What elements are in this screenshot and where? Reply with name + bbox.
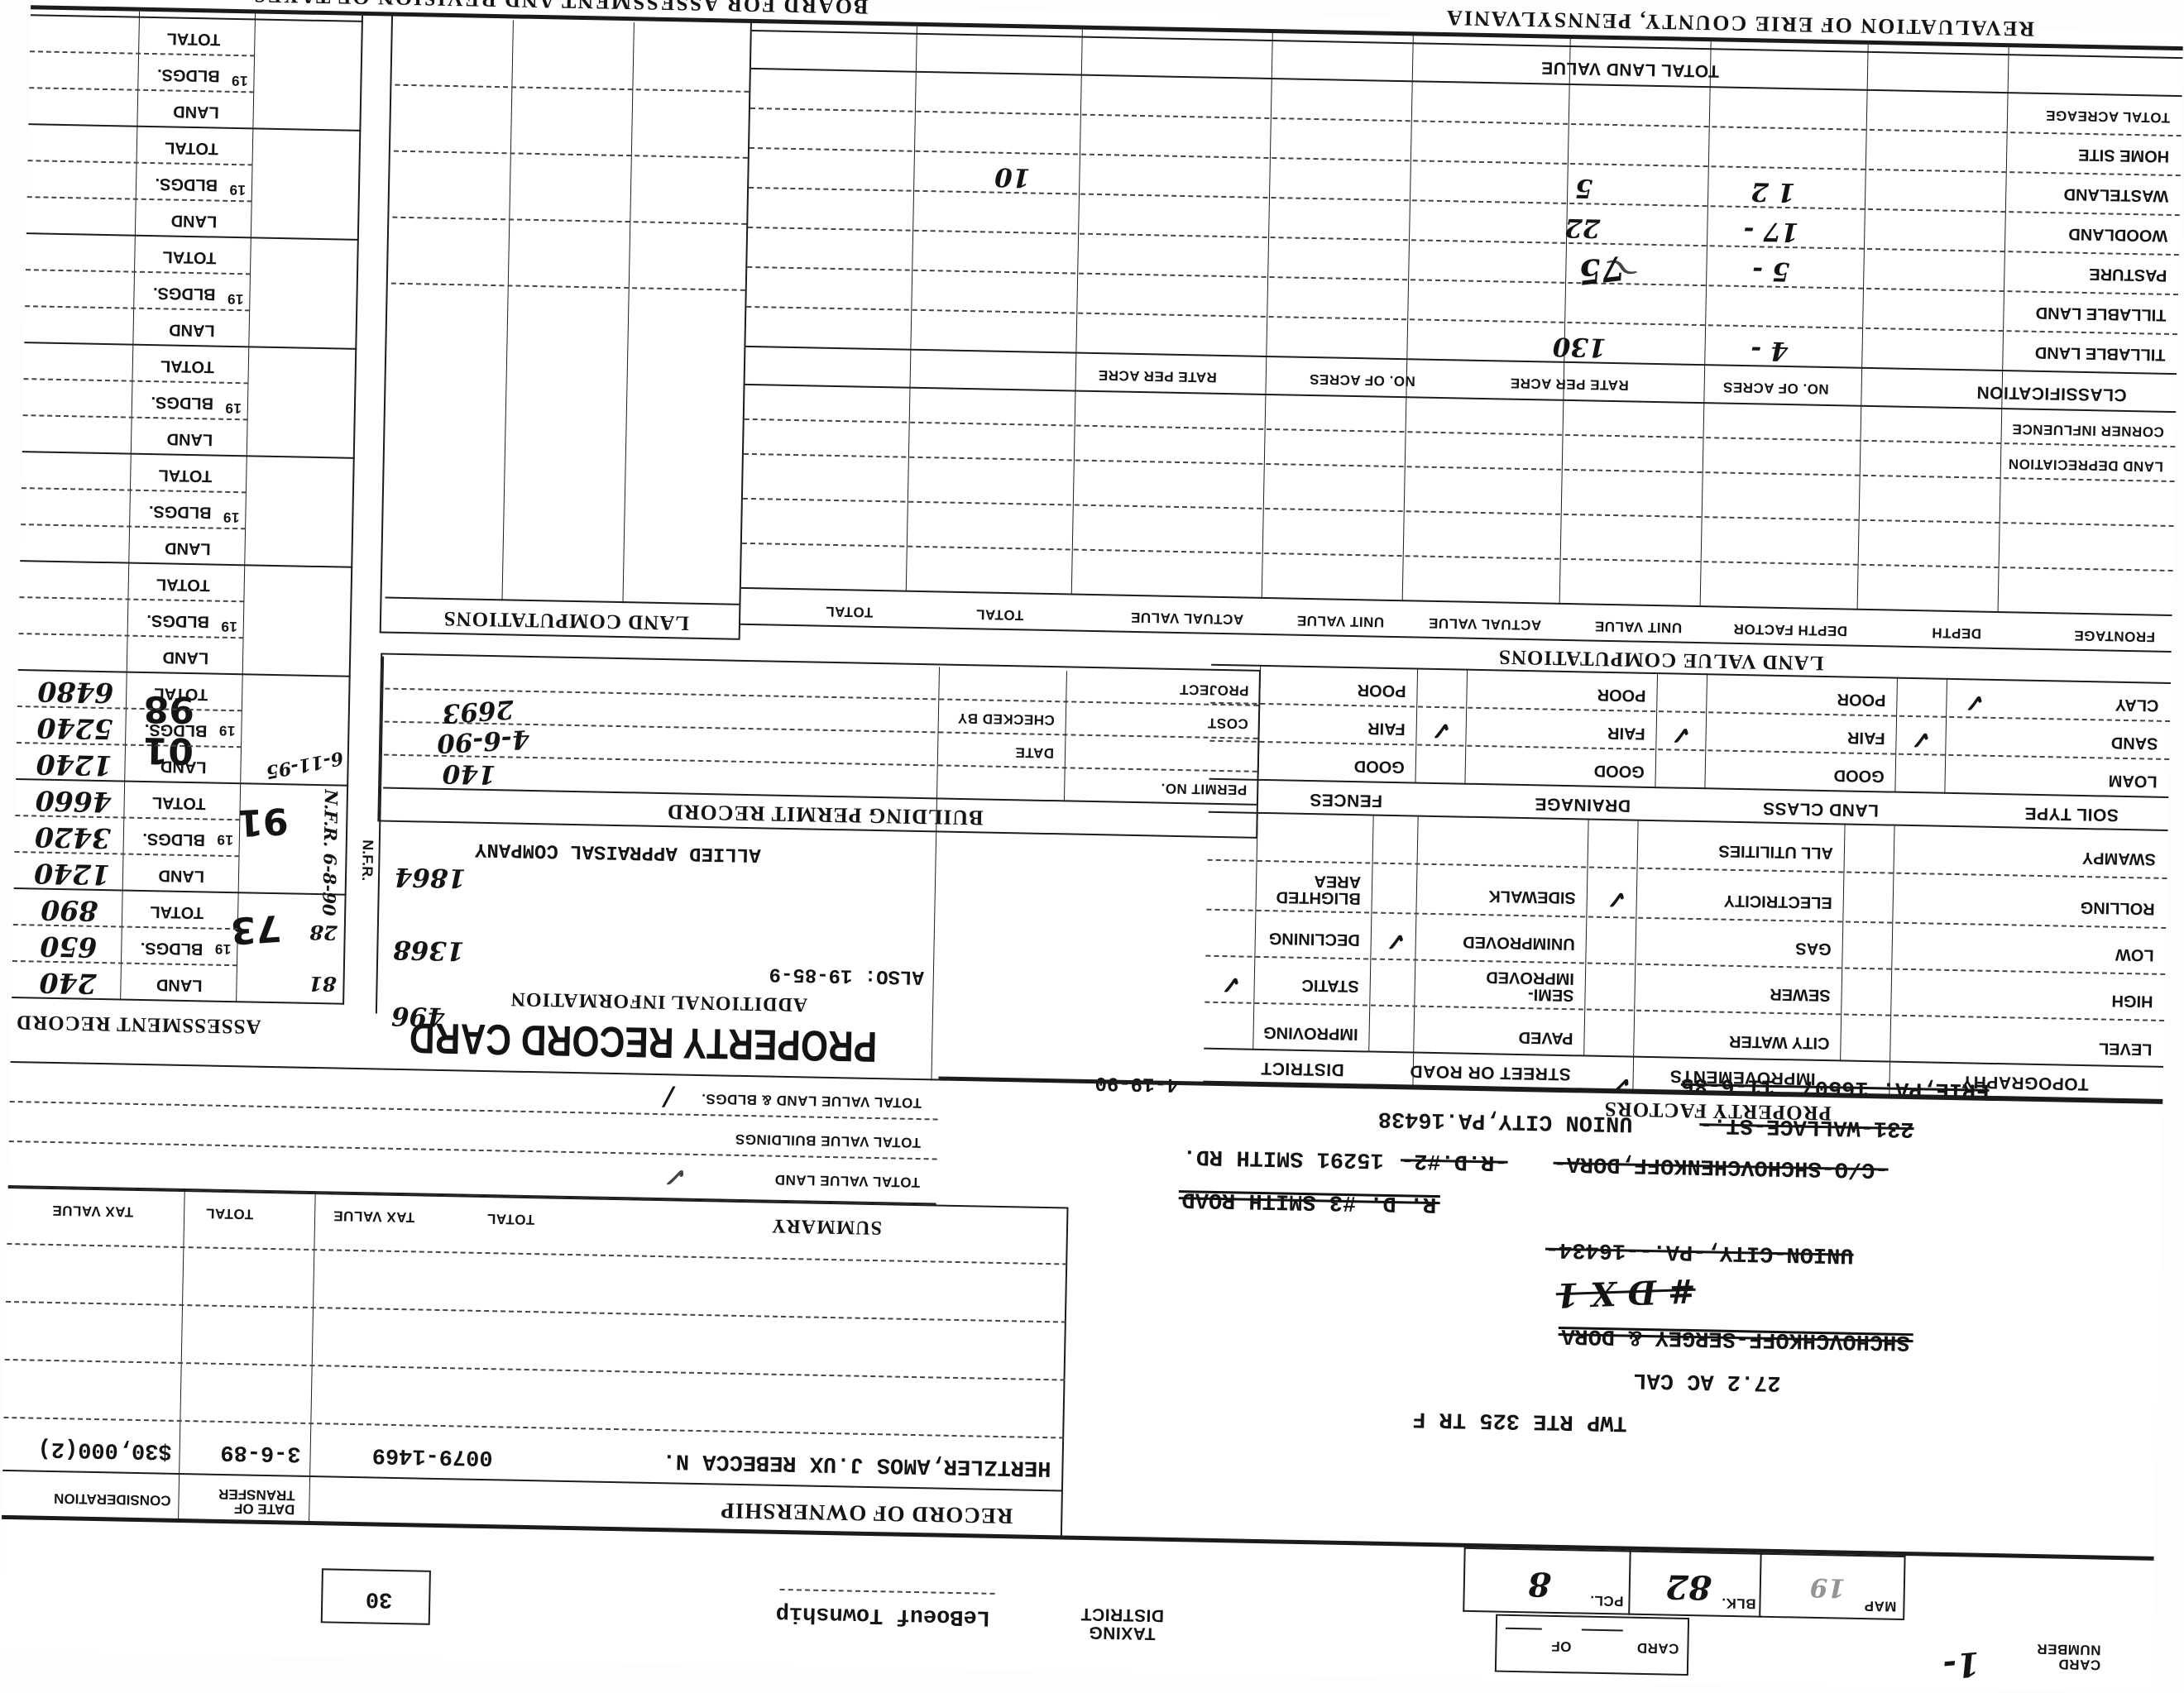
factors-header-topography: TOPOGRAPHY [1961,1072,2088,1093]
card-count-value: 30 [366,1585,393,1611]
g3-total-value: 6480 [37,676,114,710]
consideration-header: CONSIDERATION [54,1491,171,1508]
wasteland-acres: 1 2 [1751,176,1796,207]
gb4-bldgs-label: BLDGS. [153,285,216,302]
g1-land-label: LAND [156,976,203,993]
imp-sewer: SEWER [1770,986,1831,1003]
card-number-label: CARD NUMBER [2036,1641,2100,1671]
g3-year-prefix: 19 [218,723,235,738]
gb1-land-label: LAND [162,648,208,666]
gb2-land-label: LAND [165,539,211,557]
map-label: MAP [1864,1598,1897,1614]
lvc-actual-value-1: ACTUAL VALUE [1428,615,1541,632]
lvc-total-2: TOTAL [826,604,874,619]
gb2-total-label: TOTAL [158,466,212,484]
landclass-good: GOOD [1833,767,1884,784]
nfr-vertical-label: N.F.R. [359,839,376,939]
card-number-value: 1- [1942,1644,1981,1686]
drainage-fair-check: ✓ [1670,720,1692,748]
g2-nfr-note: N.F.R. 6-8-90 [319,789,342,888]
landclass-poor: POOR [1837,691,1885,708]
smith-rd-line: 15291 SMITH RD. [1182,1143,1384,1172]
factors-header-street: STREET OR ROAD [1410,1061,1571,1083]
drainage-fair: FAIR [1607,725,1645,742]
property-record-card-scan: CARD NUMBER 1- CARD OF MAP 19 BLK. 82 PC… [0,0,2183,1687]
summary-title: SUMMARY [771,1214,883,1239]
blk-value: 82 [1665,1566,1712,1606]
gb5-bldgs-label: BLDGS. [155,175,218,193]
soil-type-header: SOIL TYPE [2024,804,2119,824]
g2-bldgs-label: BLDGS. [142,830,205,848]
lvc-depth: DEPTH [1932,625,1981,641]
gb3-land-label: LAND [166,430,213,447]
woodland-acres: 17 - [1743,216,1798,246]
checked-by-label: CHECKED BY [957,710,1055,727]
topo-high: HIGH [2111,992,2153,1010]
g1-year-prefix: 19 [214,941,231,956]
transfer-date: 3-6-89 [220,1439,301,1466]
g2-total-value: 4660 [35,784,112,818]
woodland-rate: 22 [1564,213,1601,243]
street-unimproved: UNIMPROVED [1463,934,1575,953]
land-computations-title: LAND COMPUTATIONS [443,606,689,634]
card-count-box: 30 [321,1568,431,1625]
street-semi-improved: SEMI- IMPROVED [1486,968,1574,1003]
project-label: PROJECT [1180,682,1249,697]
summary-col-total-2: TOTAL [205,1206,253,1222]
tillable1-acres: 4 - [1751,335,1789,366]
permit-date-value: 4-6-90 [436,724,530,758]
rate-header-1: RATE PER ACRE [1510,375,1629,393]
soil-loam: LOAM [2109,772,2158,790]
district-static: STATIC [1301,977,1359,994]
row-total-acreage: TOTAL ACREAGE [2046,108,2171,125]
land-computations-box: LAND COMPUTATIONS [380,13,752,640]
district-blighted-area: BLIGHTED AREA [1276,872,1361,906]
g3-total-label: TOTAL [154,685,208,702]
gb6-total-label: TOTAL [166,30,220,47]
gb6-land-label: LAND [173,103,219,121]
pcl-value: 8 [1528,1564,1552,1604]
map-value: 19 [1809,1572,1846,1603]
route-line: TWP RTE 325 TR F [1412,1406,1627,1435]
acres-header-1: NO. OF ACRES [1722,380,1828,396]
drainage-poor: POOR [1597,686,1645,704]
district-declining: DECLINING [1269,930,1360,948]
g2-year-prefix: 19 [217,832,233,847]
g2-total-label: TOTAL [152,794,206,811]
gb3-bldgs-label: BLDGS. [151,394,213,411]
permit-cost-value: 2693 [441,694,515,729]
building-permit-record-title: BUILDING PERMIT RECORD [667,799,984,830]
summary-col-total-1: TOTAL [486,1211,534,1227]
g3-bldgs-value: 5240 [36,712,113,746]
g1-note-a: 81 [309,972,337,997]
land-depreciation-label: LAND DEPRECIATION [2008,456,2163,473]
rate-header-2: RATE PER ACRE [1098,367,1217,385]
row-woodland: WOODLAND [2068,226,2167,244]
building-permit-record-box: BUILDING PERMIT RECORD PERMIT NO. 140 DA… [377,653,1261,838]
district-static-check: ✓ [1220,969,1242,998]
topo-rolling: ROLLING [2081,899,2155,917]
imp-city-water: CITY WATER [1729,1033,1830,1051]
erie-line-check: ✓ [1612,1070,1634,1100]
district-improving: IMPROVING [1263,1024,1358,1042]
permit-no-value: 140 [442,758,496,789]
old-city-line: UNION-CITY,-PA.--16434- [1545,1236,1854,1267]
map-box: MAP 19 [1759,1553,1905,1620]
also-ref: ALSO: 19-85-9 [769,963,924,988]
gb6-year-prefix: 19 [231,73,247,88]
factors-header-district: DISTRICT [1261,1059,1344,1078]
g1-total-value: 890 [41,894,98,927]
landclass-fair-check: ✓ [1910,725,1932,753]
page-title: PROPERTY RECORD CARD [409,1012,877,1071]
topo-level: LEVEL [2099,1040,2153,1057]
gb6-bldgs-label: BLDGS. [157,66,220,84]
gb1-year-prefix: 19 [221,619,237,634]
lvc-frontage: FRONTAGE [2074,628,2155,644]
g2-land-value: 1240 [34,857,111,891]
gb1-bldgs-label: BLDGS. [146,612,209,629]
lvc-depth-factor: DEPTH FACTOR [1733,621,1847,638]
street-unimproved-check: ✓ [1385,926,1406,955]
lvc-total-1: TOTAL [976,606,1024,622]
imp-all-utilities: ALL UTILITIES [1718,843,1833,862]
street-sidewalk: SIDEWALK [1488,887,1576,906]
imp-electricity: ELECTRICITY [1723,892,1832,911]
landclass-fair: FAIR [1847,729,1885,747]
property-factors-title: PROPERTY FACTORS [1604,1097,1832,1124]
row-tillable-1: TILLABLE LAND [2035,344,2166,363]
g3-note: 6-11-95 [264,747,345,782]
old-road-line: R. D. #3 SMITH ROAD [1181,1186,1436,1216]
gb4-total-label: TOTAL [162,248,216,265]
topo-low: LOW [2115,946,2154,964]
permit-no-label: PERMIT NO. [1161,781,1247,797]
gb2-year-prefix: 19 [223,509,239,524]
fences-good: GOOD [1354,758,1405,775]
g3-land-value: 1240 [36,748,113,782]
assessment-record-title: ASSESSMENT RECORD [16,1010,261,1038]
appraisal-num-3: 1864 [394,862,466,893]
gb5-year-prefix: 19 [229,182,246,197]
permit-cost-label: COST [1207,715,1248,731]
summary-row-buildings: TOTAL VALUE BUILDINGS [735,1131,921,1150]
lvc-unit-value-1: UNIT VALUE [1594,619,1682,635]
summary-row-land-bldgs: TOTAL VALUE LAND & BLDGS. [702,1091,922,1110]
row-pasture: PASTURE [2089,265,2167,284]
lvc-unit-value-2: UNIT VALUE [1296,613,1384,629]
card-of-card-label: CARD [1636,1640,1679,1656]
care-of-line: -C/O-SHCHOVCHENKOFF,DORA- [1553,1150,1889,1182]
street-paved: PAVED [1518,1029,1573,1046]
g1-bldgs-value: 650 [40,930,98,964]
owner-address-block: TWP RTE 325 TR F 27.2 AC CAL SHCHOVCHKOF… [0,1627,2152,1687]
scribble-line: # D X 1 [1555,1271,1696,1315]
summary-col-taxvalue-1: TAX VALUE [333,1208,415,1225]
appraisal-num-2: 1368 [393,935,465,966]
union-city-line: UNION CITY,PA.16438 [1378,1106,1633,1136]
gb2-bldgs-label: BLDGS. [149,503,212,520]
appraisal-num-1: 496 [391,1001,445,1031]
g2-bldgs-value: 3420 [35,820,112,854]
g3-bldgs-label: BLDGS. [145,721,208,739]
taxing-district-value: LeBoeuf Township [776,1600,991,1629]
taxing-district-label: TAXING DISTRICT [1080,1605,1165,1643]
soil-sand: SAND [2111,734,2158,752]
g1-bldgs-label: BLDGS. [141,940,204,957]
g2-year: 91 [237,799,290,844]
corner-influence-label: CORNER INFLUENCE [2012,421,2164,438]
row-home-site: HOME SITE [2078,146,2169,165]
summary-row-land: TOTAL VALUE LAND [774,1172,920,1189]
soil-clay: CLAY [2115,696,2159,714]
fences-poor: POOR [1357,682,1406,699]
appraisal-company: ALLIED APPRAISAL COMPANY [475,838,761,866]
fences-fair-check: ✓ [1430,715,1452,744]
drainage-good: GOOD [1593,763,1644,780]
row-tillable-2: TILLABLE LAND [2036,304,2167,323]
acres-header-2: NO. OF ACRES [1309,371,1415,388]
factors-header-improvements: IMPROVEMENTS [1669,1066,1816,1087]
permit-date-label: DATE [1015,744,1054,760]
date-of-transfer-header: DATE OF TRANSFER [218,1487,295,1517]
summary-row-land-bldgs-mark: / [663,1082,673,1112]
old-owner-line: SHCHOVCHKOFF-SERGEY & DORA [1561,1322,1910,1354]
summary-row-land-mark: ✓ [667,1161,689,1191]
owner-name: HERTZLER,AMOS J.UX REBECCA N. [662,1447,1051,1480]
gb5-land-label: LAND [170,213,217,230]
gb4-year-prefix: 19 [227,291,243,306]
classification-header: CLASSIFICATION [1976,382,2127,404]
row-wasteland: WASTELAND [2063,185,2168,203]
g1-note-b: 28 [309,921,338,945]
gb1-total-label: TOTAL [156,576,210,593]
g1-land-value: 240 [39,967,97,1000]
fences-header: FENCES [1310,790,1383,810]
card-of-box: CARD OF [1495,1614,1689,1676]
fences-fair: FAIR [1367,720,1406,737]
additional-information-title: ADDITIONAL INFORMATION [510,988,807,1016]
imp-electricity-check: ✓ [1606,884,1627,913]
rd2-line: -R.D.#2- [1401,1147,1508,1174]
gb4-land-label: LAND [169,321,215,338]
soil-clay-check: ✓ [1964,687,1985,716]
tillable1-rate: 130 [1553,332,1607,362]
gb3-year-prefix: 19 [225,400,242,415]
card-of-of-label: OF [1551,1638,1572,1653]
acreage-line: 27.2 AC CAL [1633,1367,1781,1394]
g1-total-label: TOTAL [150,903,204,921]
imp-gas: GAS [1795,940,1832,957]
consideration-value: $30,000(2) [37,1436,172,1463]
summary-col-taxvalue-2: TAX VALUE [52,1203,134,1219]
deed-book-page: 0079-1469 [372,1442,493,1469]
pasture-acres: 5 - [1752,256,1790,286]
blk-label: BLK. [1722,1595,1756,1611]
record-of-ownership-title: RECORD OF OWNERSHIP [720,1498,1013,1529]
g3-land-label: LAND [160,758,207,775]
drainage-header: DRAINAGE [1535,794,1631,814]
g2-land-label: LAND [158,867,204,884]
wasteland-rate: 5 [1574,173,1592,203]
topo-swampy: SWAMPY [2082,849,2156,868]
wasteland-extra-value: 10 [994,162,1031,193]
pcl-label: PCL. [1590,1593,1624,1609]
total-land-value-label: TOTAL LAND VALUE [1541,58,1720,79]
blk-box: BLK. 82 [1628,1551,1763,1618]
land-class-header: LAND CLASS [1762,799,1879,820]
gb3-total-label: TOTAL [160,357,214,375]
pcl-box: PCL. 8 [1463,1547,1631,1615]
lvc-actual-value-2: ACTUAL VALUE [1130,610,1243,626]
gb5-total-label: TOTAL [165,139,218,156]
